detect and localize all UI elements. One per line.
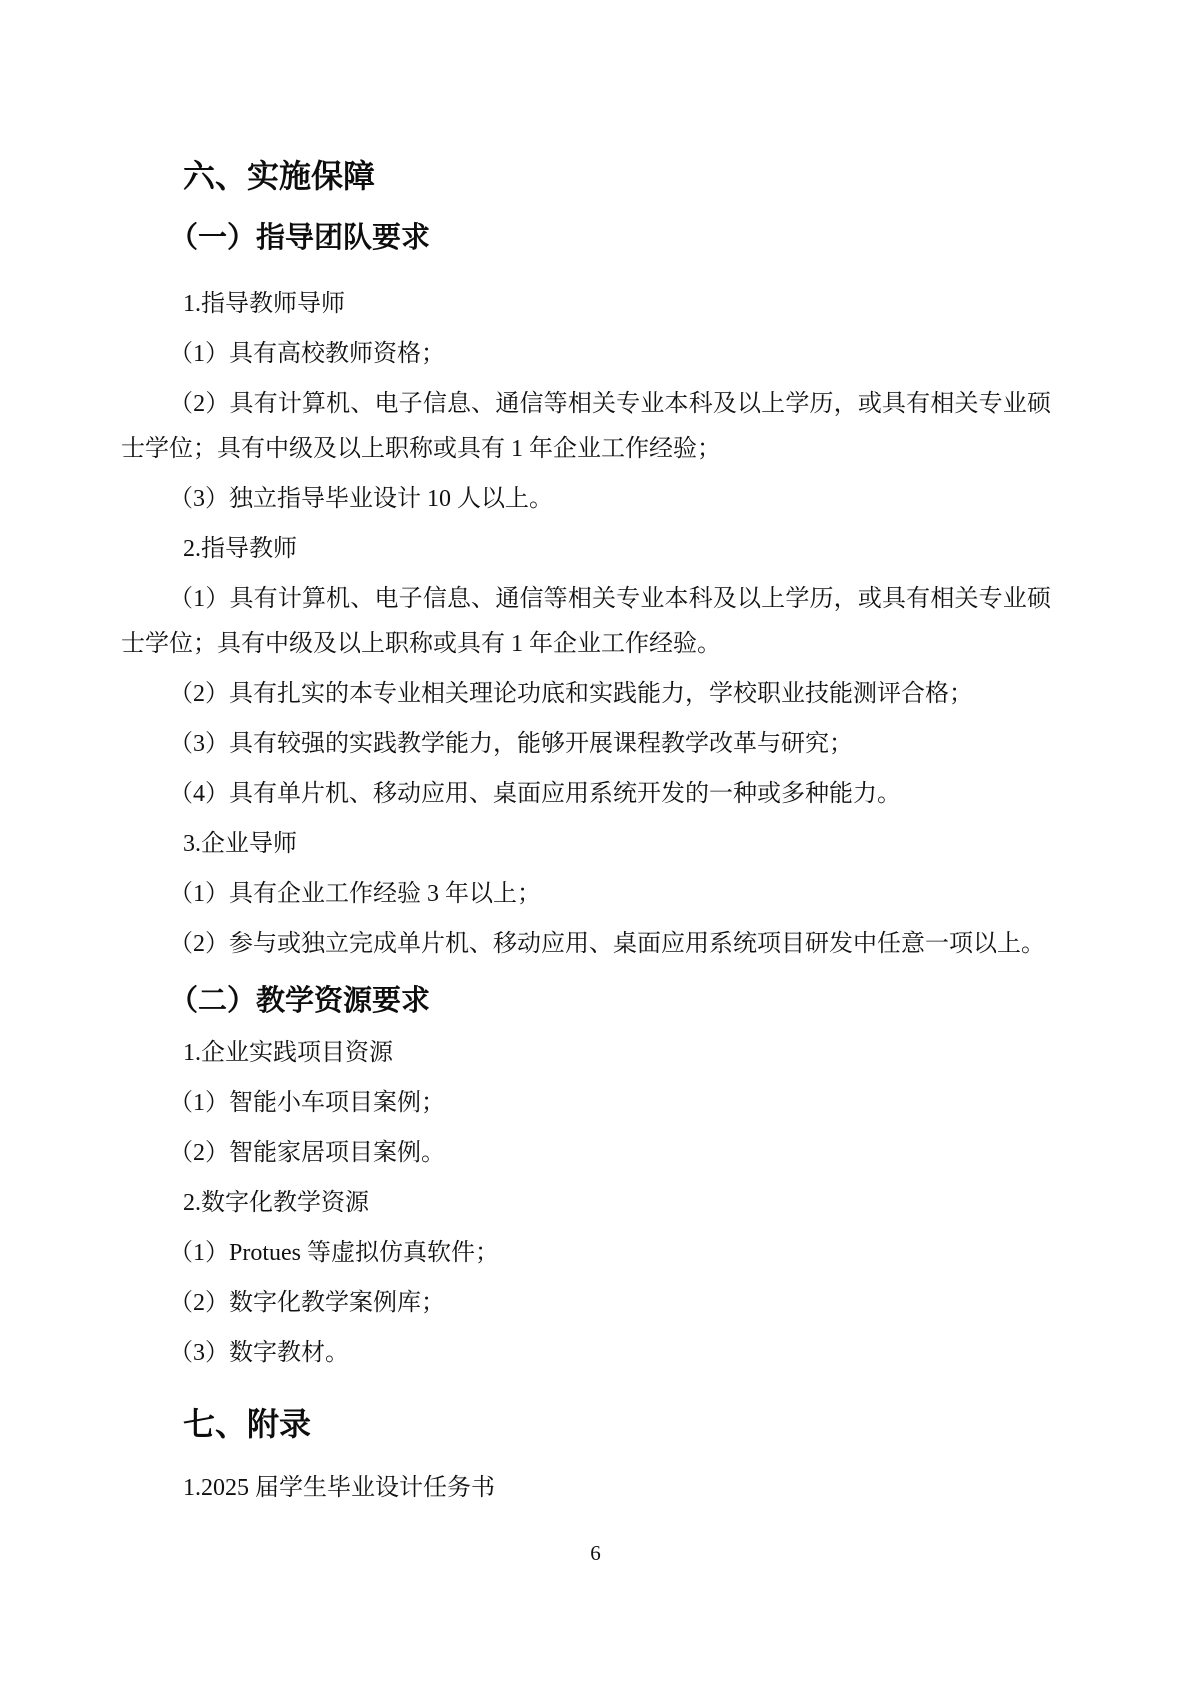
list-item: 2.指导教师 — [121, 527, 1051, 572]
list-item: （2）具有扎实的本专业相关理论功底和实践能力，学校职业技能测评合格； — [121, 672, 1051, 717]
document-page: 六、实施保障 （一）指导团队要求 1.指导教师导师 （1）具有高校教师资格； （… — [0, 0, 1191, 1684]
subsection-6-1-heading: （一）指导团队要求 — [121, 218, 1051, 258]
list-item: （3）独立指导毕业设计 10 人以上。 — [121, 477, 1051, 522]
list-item: （4）具有单片机、移动应用、桌面应用系统开发的一种或多种能力。 — [121, 772, 1051, 817]
list-item: 2.数字化教学资源 — [121, 1181, 1051, 1226]
list-item: （1）Protues 等虚拟仿真软件； — [121, 1231, 1051, 1276]
list-item: （2）具有计算机、电子信息、通信等相关专业本科及以上学历，或具有相关专业硕士学位… — [121, 382, 1051, 472]
list-item: 3.企业导师 — [121, 822, 1051, 867]
list-item: 1.2025 届学生毕业设计任务书 — [121, 1466, 1051, 1511]
list-item: （3）具有较强的实践教学能力，能够开展课程教学改革与研究； — [121, 722, 1051, 767]
list-item: （1）具有高校教师资格； — [121, 332, 1051, 377]
list-item: （1）具有企业工作经验 3 年以上； — [121, 872, 1051, 917]
list-item: （3）数字教材。 — [121, 1331, 1051, 1376]
section-6-heading: 六、实施保障 — [121, 154, 1051, 198]
list-item: （2）智能家居项目案例。 — [121, 1131, 1051, 1176]
section-7-heading: 七、附录 — [121, 1402, 1051, 1446]
list-item: （2）参与或独立完成单片机、移动应用、桌面应用系统项目研发中任意一项以上。 — [121, 922, 1051, 967]
list-item: （2）数字化教学案例库； — [121, 1281, 1051, 1326]
page-number: 6 — [0, 1538, 1191, 1568]
subsection-6-2-heading: （二）教学资源要求 — [121, 981, 1051, 1021]
list-item: 1.企业实践项目资源 — [121, 1031, 1051, 1076]
list-item: （1）具有计算机、电子信息、通信等相关专业本科及以上学历，或具有相关专业硕士学位… — [121, 577, 1051, 667]
list-item: （1）智能小车项目案例； — [121, 1081, 1051, 1126]
list-item: 1.指导教师导师 — [121, 282, 1051, 327]
